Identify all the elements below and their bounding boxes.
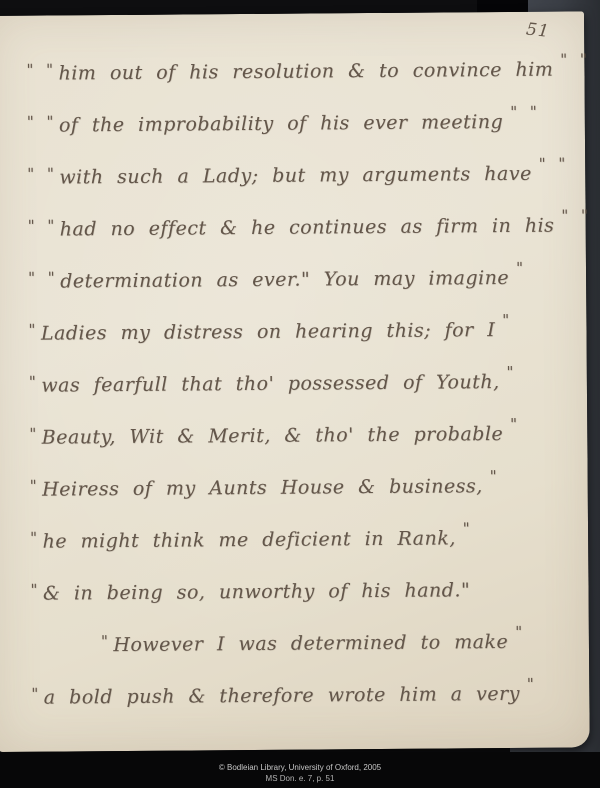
quote-marks-lead: " xyxy=(28,321,36,339)
manuscript-line: "a bold push & therefore wrote him a ver… xyxy=(31,667,583,723)
quote-marks-lead: " xyxy=(30,529,38,547)
manuscript-line: "Heiress of my Aunts House & business," xyxy=(30,459,582,515)
quote-marks-tail: " xyxy=(506,363,514,381)
manuscript-line: " "of the improbability of his ever meet… xyxy=(27,95,579,151)
line-text: he might think me deficient in Rank, xyxy=(42,527,455,552)
manuscript-photo: 51 " "him out of his resolution & to con… xyxy=(0,0,600,788)
line-text: with such a Lady; but my arguments have xyxy=(59,163,532,189)
quote-marks-lead: " xyxy=(31,685,39,703)
caption-band: © Bodleian Library, University of Oxford… xyxy=(0,752,600,788)
quote-marks-lead: " " xyxy=(28,269,55,287)
quote-marks-lead: " " xyxy=(27,113,54,131)
quote-marks-lead: " xyxy=(30,581,38,599)
manuscript-line: " "with such a Lady; but my arguments ha… xyxy=(27,147,579,203)
manuscript-line: "he might think me deficient in Rank," xyxy=(30,511,582,567)
quote-marks-tail: " " xyxy=(560,50,587,68)
quote-marks-tail: " xyxy=(510,415,518,433)
manuscript-line: " "had no effect & he continues as firm … xyxy=(27,199,579,255)
manuscript-line: "was fearfull that tho' possessed of You… xyxy=(29,355,581,411)
quote-marks-lead: " " xyxy=(26,61,53,79)
line-text: of the improbability of his ever meeting xyxy=(59,111,503,136)
quote-marks-lead: " " xyxy=(27,165,54,183)
line-text: & in being so, unworthy of his hand." xyxy=(43,579,470,604)
quote-marks-lead: " xyxy=(30,477,38,495)
quote-marks-tail: " " xyxy=(539,154,566,172)
manuscript-line: "Ladies my distress on hearing this; for… xyxy=(28,303,580,359)
line-text: Beauty, Wit & Merit, & tho' the probable xyxy=(42,423,504,449)
line-text: Heiress of my Aunts House & business, xyxy=(42,475,483,500)
quote-marks-tail: " xyxy=(490,467,498,485)
line-text: had no effect & he continues as firm in … xyxy=(60,215,555,241)
manuscript-line: " "him out of his resolution & to convin… xyxy=(26,43,578,99)
quote-marks-lead: " " xyxy=(28,217,55,235)
page-number: 51 xyxy=(525,19,551,42)
quote-marks-tail: " " xyxy=(561,206,588,224)
quote-marks-lead: " xyxy=(29,425,37,443)
line-text: determination as ever." You may imagine xyxy=(60,267,509,293)
line-text: a bold push & therefore wrote him a very xyxy=(44,683,520,709)
copyright-line: © Bodleian Library, University of Oxford… xyxy=(0,752,600,773)
quote-marks-tail: " xyxy=(527,675,535,693)
quote-marks-lead: " xyxy=(29,373,37,391)
quote-marks-lead: " xyxy=(101,632,109,650)
manuscript-line: "However I was determined to make" xyxy=(31,615,583,671)
manuscript-text: " "him out of his resolution & to convin… xyxy=(26,43,583,723)
quote-marks-tail: " " xyxy=(510,103,537,121)
line-text: him out of his resolution & to convince … xyxy=(58,59,553,85)
shelfmark-line: MS Don. e. 7, p. 51 xyxy=(0,773,600,784)
manuscript-line: "& in being so, unworthy of his hand." xyxy=(30,563,582,619)
quote-marks-tail: " xyxy=(502,311,510,329)
manuscript-line: "Beauty, Wit & Merit, & tho' the probabl… xyxy=(29,407,581,463)
quote-marks-tail: " xyxy=(515,623,523,641)
quote-marks-tail: " xyxy=(463,519,471,537)
quote-marks-tail: " xyxy=(516,259,524,277)
manuscript-page: 51 " "him out of his resolution & to con… xyxy=(0,11,590,752)
line-text: However I was determined to make xyxy=(113,631,508,656)
line-text: Ladies my distress on hearing this; for … xyxy=(41,319,496,345)
manuscript-line: " "determination as ever." You may imagi… xyxy=(28,251,580,307)
line-text: was fearfull that tho' possessed of Yout… xyxy=(41,371,499,397)
